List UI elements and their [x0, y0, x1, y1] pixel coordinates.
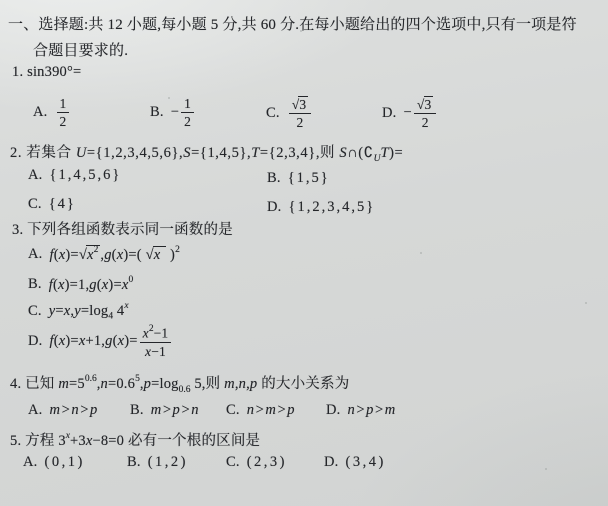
option-label: C. — [226, 402, 240, 419]
option-content: {1,5} — [288, 170, 330, 187]
option-content: (3,4) — [346, 454, 386, 471]
question-3-option-C: C.y=x,y=log4 4x — [28, 302, 129, 322]
option-label: C. — [28, 303, 42, 320]
option-content: f(x)=x+1,g(x)=x2−1x−1 — [50, 325, 174, 359]
question-1-option-B: B.−12 — [150, 96, 196, 129]
question-2-option-B: B.{1,5} — [267, 170, 330, 187]
option-content: {4} — [49, 196, 76, 213]
option-content: m>p>n — [151, 402, 200, 419]
question-4-stem: 4. 已知 m=50.6,n=0.65,p=log0.6 5,则 m,n,p 的… — [10, 372, 349, 395]
option-label: D. — [382, 105, 397, 122]
option-label: D. — [326, 402, 341, 419]
question-5-option-B: B.(1,2) — [127, 454, 188, 471]
option-label: A. — [33, 104, 48, 121]
option-label: B. — [130, 402, 144, 419]
question-4-option-D: D.n>p>m — [326, 402, 396, 419]
question-3-stem: 3. 下列各组函数表示同一函数的是 — [12, 218, 233, 239]
option-label: D. — [324, 454, 339, 471]
question-2-option-A: A.{1,4,5,6} — [28, 167, 121, 184]
option-label: A. — [23, 454, 38, 471]
exam-page: 一、选择题:共 12 小题,每小题 5 分,共 60 分.在每小题给出的四个选项… — [0, 0, 608, 506]
section-header-line1: 一、选择题:共 12 小题,每小题 5 分,共 60 分.在每小题给出的四个选项… — [8, 13, 577, 34]
question-2-option-D: D.{1,2,3,4,5} — [267, 199, 375, 216]
question-3-option-B: B.f(x)=1,g(x)=x0 — [28, 276, 133, 294]
question-2-stem: 2. 若集合 U={1,2,3,4,5,6},S={1,4,5},T={2,3,… — [10, 141, 403, 164]
question-4-option-B: B.m>p>n — [130, 402, 199, 419]
question-5-option-C: C.(2,3) — [226, 454, 287, 471]
scan-speck — [46, 466, 48, 468]
question-3-options: A.f(x)=√x2,g(x)=( √x )2B.f(x)=1,g(x)=x0C… — [0, 245, 608, 370]
option-label: D. — [267, 199, 282, 216]
option-content: f(x)=√x2,g(x)=( √x )2 — [50, 245, 180, 264]
sqrt-radical: √3 — [292, 96, 309, 112]
question-2-option-C: C.{4} — [28, 196, 76, 213]
option-content: −√32 — [404, 96, 439, 130]
question-4-options: A.m>n>pB.m>p>nC.n>m>pD.n>p>m — [0, 402, 608, 424]
scan-speck — [300, 30, 302, 32]
option-content: (0,1) — [45, 454, 85, 471]
fraction: x2−1x−1 — [140, 325, 172, 359]
question-3-option-D: D.f(x)=x+1,g(x)=x2−1x−1 — [28, 325, 173, 359]
option-label: C. — [266, 105, 280, 122]
option-content: m>n>p — [50, 402, 99, 419]
option-content: √32 — [287, 96, 314, 130]
question-5-stem: 5. 方程 3x+3x−8=0 必有一个根的区间是 — [10, 429, 260, 450]
option-label: A. — [28, 246, 43, 263]
option-label: A. — [28, 402, 43, 419]
question-1-option-A: A.12 — [33, 96, 71, 129]
option-content: (2,3) — [247, 454, 287, 471]
sqrt-radical: √x — [146, 246, 167, 264]
option-content: {1,2,3,4,5} — [289, 199, 376, 216]
fraction: 12 — [57, 96, 70, 129]
sqrt-radical: √3 — [417, 96, 434, 112]
fraction: 12 — [181, 96, 194, 129]
fraction: √32 — [289, 96, 312, 130]
scan-speck — [168, 97, 170, 99]
question-4-option-C: C.n>m>p — [226, 402, 295, 419]
option-label: A. — [28, 167, 43, 184]
option-content: −12 — [171, 96, 196, 129]
question-1-options: A.12B.−12C.√32D.−√32 — [0, 96, 608, 140]
question-5-option-D: D.(3,4) — [324, 454, 386, 471]
scan-speck — [420, 252, 422, 254]
question-3-option-A: A.f(x)=√x2,g(x)=( √x )2 — [28, 245, 180, 264]
question-4-option-A: A.m>n>p — [28, 402, 98, 419]
section-header-line2: 合题目要求的. — [33, 39, 128, 60]
option-label: D. — [28, 333, 43, 350]
option-content: f(x)=1,g(x)=x0 — [49, 276, 134, 294]
option-content: n>p>m — [348, 402, 397, 419]
sqrt-radical: √x2 — [79, 245, 101, 264]
fraction: √32 — [414, 96, 437, 130]
option-label: B. — [267, 170, 281, 187]
question-1-stem: 1. sin390°= — [12, 64, 81, 81]
option-label: B. — [150, 104, 164, 121]
question-1-option-C: C.√32 — [266, 96, 313, 130]
option-label: C. — [226, 454, 240, 471]
option-content: n>m>p — [247, 402, 296, 419]
option-label: C. — [28, 196, 42, 213]
option-content: 12 — [55, 96, 72, 129]
question-1-option-D: D.−√32 — [382, 96, 438, 130]
question-5-option-A: A.(0,1) — [23, 454, 85, 471]
option-content: y=x,y=log4 4x — [49, 302, 129, 322]
option-label: B. — [28, 276, 42, 293]
scan-speck — [545, 468, 547, 470]
question-5-options: A.(0,1)B.(1,2)C.(2,3)D.(3,4) — [0, 454, 608, 478]
scan-speck — [585, 302, 587, 304]
option-content: (1,2) — [148, 454, 188, 471]
option-label: B. — [127, 454, 141, 471]
option-content: {1,4,5,6} — [50, 167, 122, 184]
